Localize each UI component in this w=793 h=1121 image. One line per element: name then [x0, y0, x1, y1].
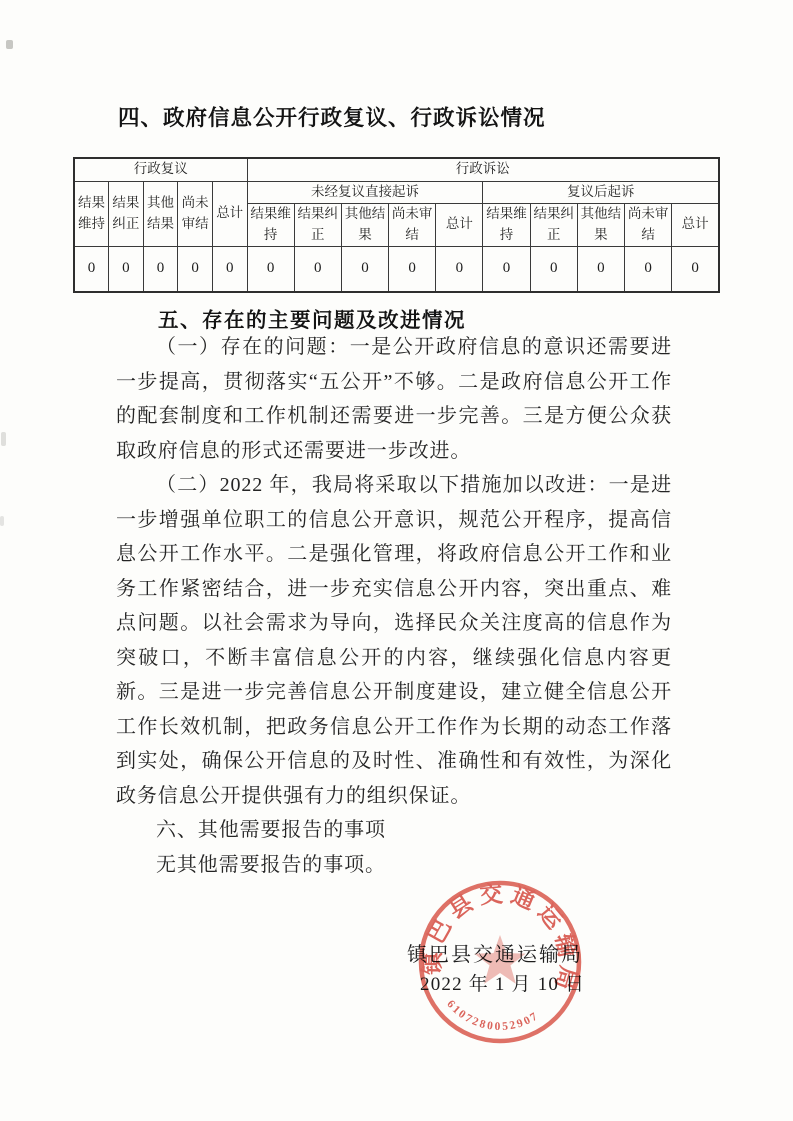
table-value-cell: 0 — [74, 246, 109, 292]
scan-artifact — [6, 40, 13, 49]
table-value-cell: 0 — [178, 246, 213, 292]
table-col-result-upheld: 结果维持 — [74, 181, 109, 246]
section-4-title: 四、政府信息公开行政复议、行政诉讼情况 — [118, 101, 546, 132]
table-value-cell: 0 — [143, 246, 178, 292]
signature-organization: 镇巴县交通运输局 — [407, 938, 583, 967]
section-5-paragraph-1: （一）存在的问题：一是公开政府信息的意识还需要进一步提高，贯彻落实“五公开”不够… — [116, 330, 672, 468]
section-6-title: 六、其他需要报告的事项 — [116, 813, 672, 848]
signature-date: 2022 年 1 月 10 日 — [420, 969, 585, 996]
section-5-paragraph-2: （二）2022 年，我局将采取以下措施加以改进：一是进一步增强单位职工的信息公开… — [116, 468, 672, 813]
table-value-cell: 0 — [294, 246, 341, 292]
table-col-result-corrected: 结果纠正 — [294, 203, 341, 246]
table-col-other-result: 其他结果 — [577, 203, 624, 246]
table-col-total: 总计 — [672, 203, 719, 246]
table-col-total: 总计 — [436, 203, 483, 246]
report-body: （一）存在的问题：一是公开政府信息的意识还需要进一步提高，贯彻落实“五公开”不够… — [116, 330, 672, 882]
table-col-other-result: 其他结果 — [341, 203, 388, 246]
table-value-cell: 0 — [577, 246, 624, 292]
table-value-cell: 0 — [436, 246, 483, 292]
admin-review-litigation-table: 行政复议 行政诉讼 结果维持 结果纠正 其他结果 尚未审结 总计 未经复议直接起… — [73, 157, 720, 293]
scan-artifact — [1, 432, 6, 446]
table-value-cell: 0 — [672, 246, 719, 292]
section-6-paragraph-1: 无其他需要报告的事项。 — [116, 848, 672, 883]
scan-artifact — [0, 516, 4, 526]
table-value-cell: 0 — [212, 246, 247, 292]
table-col-total: 总计 — [212, 181, 247, 246]
table-col-result-upheld: 结果维持 — [247, 203, 294, 246]
table-value-cell: 0 — [483, 246, 530, 292]
table-col-other-result: 其他结果 — [143, 181, 178, 246]
table-col-result-upheld: 结果维持 — [483, 203, 530, 246]
table-subheader-after-reconsideration-suit: 复议后起诉 — [483, 181, 719, 203]
svg-text:6107280052907: 6107280052907 — [444, 998, 541, 1033]
table-value-cell: 0 — [109, 246, 144, 292]
table-col-pending: 尚未审结 — [389, 203, 436, 246]
table-col-pending: 尚未审结 — [178, 181, 213, 246]
seal-code: 6107280052907 — [444, 998, 541, 1033]
scanned-report-page: { "section4": { "title": "四、政府信息公开行政复议、行… — [0, 0, 793, 1121]
table-value-cell: 0 — [389, 246, 436, 292]
table-col-pending: 尚未审结 — [625, 203, 672, 246]
table-value-cell: 0 — [247, 246, 294, 292]
table-subheader-direct-suit: 未经复议直接起诉 — [247, 181, 483, 203]
table-col-result-corrected: 结果纠正 — [530, 203, 577, 246]
table-col-result-corrected: 结果纠正 — [109, 181, 144, 246]
section-5-title: 五、存在的主要问题及改进情况 — [158, 303, 466, 333]
table-value-cell: 0 — [625, 246, 672, 292]
table-header-reconsideration: 行政复议 — [74, 158, 247, 181]
table-value-cell: 0 — [530, 246, 577, 292]
table-value-cell: 0 — [341, 246, 388, 292]
table-header-litigation: 行政诉讼 — [247, 158, 719, 181]
